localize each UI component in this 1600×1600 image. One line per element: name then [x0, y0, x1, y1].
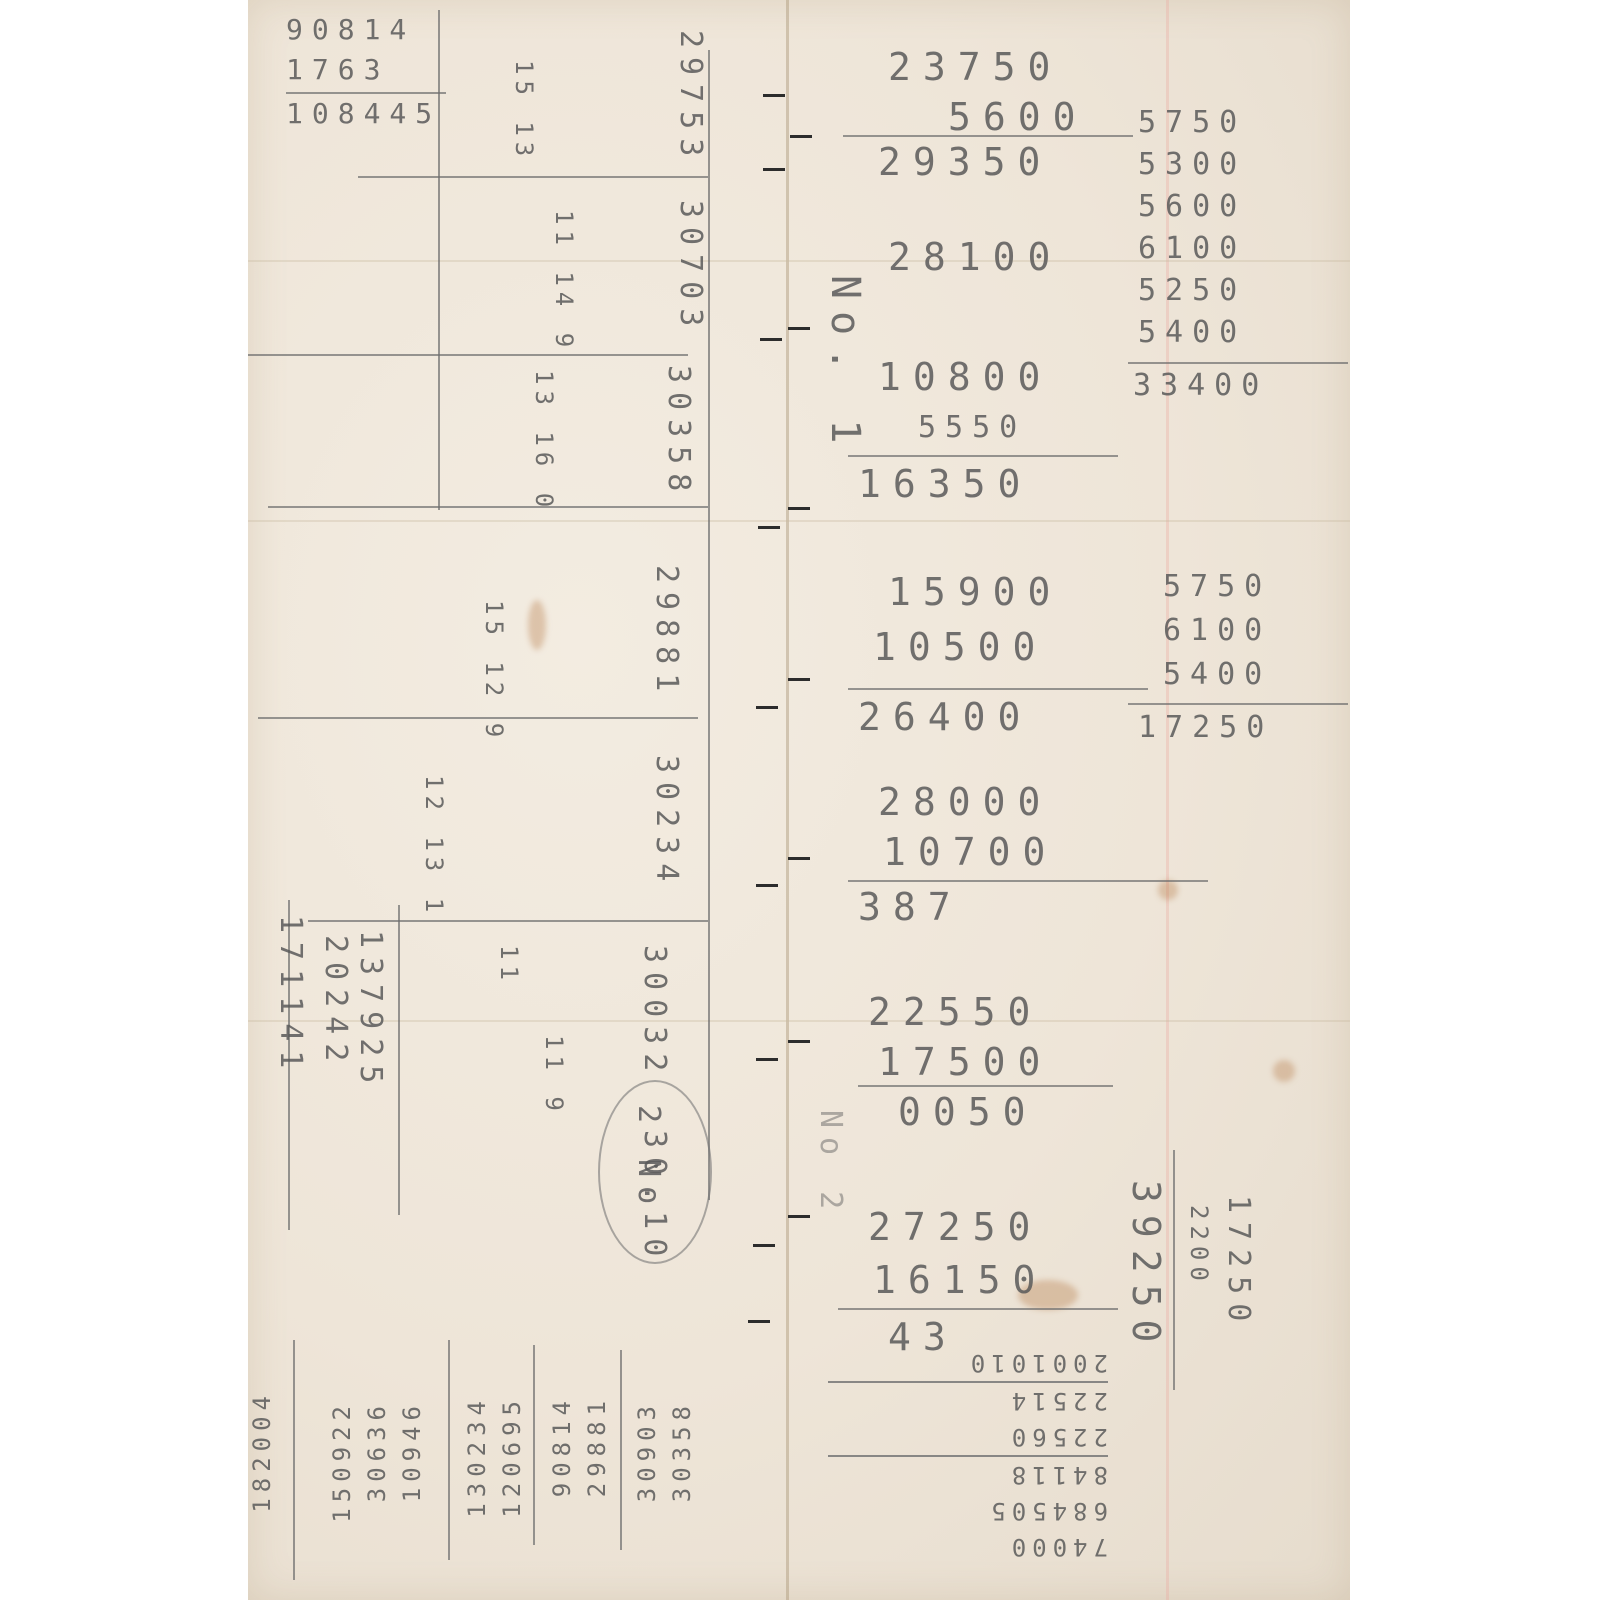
calc-total: 387 [858, 885, 963, 929]
grid-line [438, 10, 440, 510]
calc-line: 10500 [873, 625, 1047, 669]
margin-tick [790, 135, 812, 138]
vertical-value: 2200 [1185, 1205, 1213, 1287]
calc-line: 22550 [868, 990, 1042, 1034]
sum-line: 1763 [286, 50, 446, 90]
calc-rule [848, 880, 1208, 882]
bottom-value: 30636 [363, 1400, 391, 1502]
vertical-divider [1173, 1150, 1175, 1390]
calc-line: 5600 [948, 95, 1088, 139]
column-line [448, 1340, 450, 1560]
calc-rule [843, 135, 1133, 137]
calc-line: 16150 [873, 1258, 1047, 1302]
margin-tick [756, 884, 778, 887]
box-sum-line: 20242 [318, 935, 353, 1070]
horizontal-fold [248, 1020, 1350, 1022]
column-value: 29753 [673, 30, 708, 165]
middle-value: 11 14 9 [550, 210, 578, 353]
calc-total: 0050 [898, 1090, 1038, 1134]
side-total: 33400 [1133, 368, 1268, 403]
grid-line [258, 717, 698, 719]
middle-value: 15 13 [510, 60, 538, 162]
side-total: 17250 [1138, 710, 1273, 745]
inverted-value: 74000 [828, 1529, 1108, 1565]
column-line [620, 1350, 622, 1550]
margin-tick [756, 706, 778, 709]
box-sum-line: 137925 [353, 930, 388, 1092]
middle-value: 11 [495, 945, 523, 986]
calc-line: 28100 [888, 235, 1062, 279]
side-rule [1128, 362, 1348, 364]
ledger-page: 90814 1763 108445 29753 30703 30358 2988… [248, 0, 1350, 1600]
inverted-calc: 74000 684505 84118 22560 22514 2001010 [828, 1345, 1108, 1565]
bottom-value: 130234 [463, 1395, 491, 1518]
grid-line [268, 506, 708, 508]
bottom-value: 120695 [498, 1395, 526, 1518]
inverted-value: 684505 [828, 1493, 1108, 1529]
column-line [293, 1340, 295, 1580]
bottom-value: 10946 [398, 1400, 426, 1502]
calc-line: 10700 [883, 830, 1057, 874]
calc-line: 5550 [918, 410, 1026, 445]
side-value: 5400 [1138, 312, 1246, 354]
side-rule [1128, 703, 1348, 705]
side-value: 5400 [1163, 653, 1271, 697]
side-column-2: 5750 6100 5400 [1163, 565, 1271, 697]
middle-value: 15 12 9 [480, 600, 508, 743]
middle-value: 11 9 [540, 1035, 568, 1117]
bottom-total: 182004 [248, 1390, 276, 1513]
vertical-value: 17250 [1221, 1195, 1256, 1330]
margin-tick [788, 1040, 810, 1043]
top-left-sum: 90814 1763 108445 [286, 10, 446, 134]
circled-label: 2 No [631, 1105, 666, 1213]
box-sum-total: 171141 [273, 915, 308, 1077]
calc-total: 26400 [858, 695, 1032, 739]
grid-line [358, 176, 708, 178]
side-value: 5300 [1138, 144, 1246, 186]
bottom-value: 30903 [633, 1400, 661, 1502]
side-column-1: 5750 5300 5600 6100 5250 5400 [1138, 102, 1246, 354]
inverted-value: 22514 [828, 1383, 1108, 1419]
inverted-value: 84118 [828, 1457, 1108, 1493]
calc-line: 15900 [888, 570, 1062, 614]
middle-value: 12 13 1 [420, 775, 448, 918]
calc-line: 17500 [878, 1040, 1052, 1084]
vertical-value: 39250 [1124, 1180, 1168, 1354]
bottom-value: 90814 [548, 1395, 576, 1497]
calc-rule [858, 1085, 1113, 1087]
margin-tick [758, 526, 780, 529]
margin-tick [756, 1058, 778, 1061]
margin-tick [788, 857, 810, 860]
calc-line: 27250 [868, 1205, 1042, 1249]
vertical-fold [786, 0, 789, 1600]
column-line [533, 1345, 535, 1545]
calc-line: 23750 [888, 45, 1062, 89]
calc-rule [848, 688, 1148, 690]
calc-rule [848, 455, 1118, 457]
inverted-value: 2001010 [828, 1345, 1108, 1383]
column-value: 30234 [649, 755, 684, 890]
calc-line: 28000 [878, 780, 1052, 824]
side-value: 6100 [1138, 228, 1246, 270]
side-value: 5250 [1138, 270, 1246, 312]
faint-label-no2: No 2 [813, 1110, 848, 1218]
calc-line: 10800 [878, 355, 1052, 399]
side-label-no1: No. 1 [822, 275, 868, 455]
middle-value: 13 16 0 [530, 370, 558, 513]
stain [1158, 880, 1178, 900]
stain [528, 600, 546, 650]
bottom-value: 150922 [328, 1400, 356, 1523]
margin-tick [763, 94, 785, 97]
side-value: 5750 [1138, 102, 1246, 144]
grid-line [248, 354, 688, 356]
column-value: 30358 [661, 365, 696, 500]
column-value: 30703 [673, 200, 708, 335]
calc-total: 29350 [878, 140, 1052, 184]
bottom-value: 30358 [668, 1400, 696, 1502]
margin-tick [763, 168, 785, 171]
bottom-value: 29881 [583, 1395, 611, 1497]
grid-line [708, 50, 710, 1200]
margin-tick [760, 338, 782, 341]
calc-rule [838, 1308, 1118, 1310]
margin-tick [753, 1244, 775, 1247]
margin-tick [788, 1215, 810, 1218]
horizontal-fold [248, 520, 1350, 522]
margin-tick [748, 1320, 770, 1323]
side-value: 5600 [1138, 186, 1246, 228]
stain [1273, 1060, 1295, 1082]
column-value: 29881 [649, 565, 684, 700]
margin-tick [788, 507, 810, 510]
sum-line: 90814 [286, 10, 446, 50]
margin-tick [788, 327, 810, 330]
side-value: 5750 [1163, 565, 1271, 609]
side-value: 6100 [1163, 609, 1271, 653]
inverted-value: 22560 [828, 1419, 1108, 1457]
sum-total: 108445 [286, 94, 446, 134]
box-line [398, 905, 400, 1215]
margin-tick [788, 678, 810, 681]
calc-total: 16350 [858, 462, 1032, 506]
grid-line [308, 920, 708, 922]
column-value: 30032 [637, 945, 672, 1080]
